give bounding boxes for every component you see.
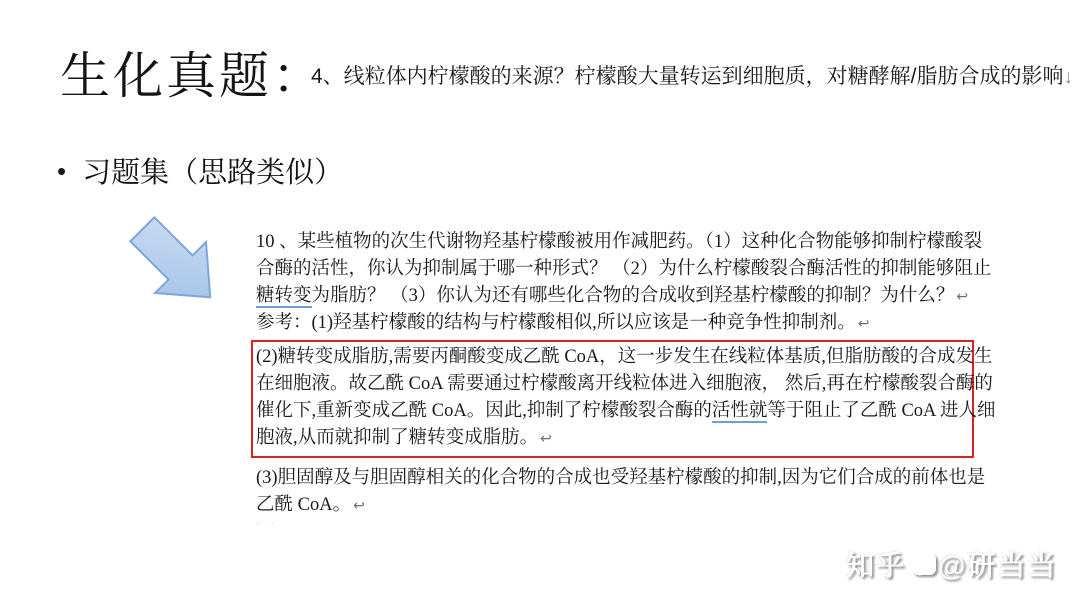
answer2-line-4-text: 胞液,从而就抑制了糖转变成脂肪。 <box>256 428 538 448</box>
answer3-line-1: (3)胆固醇及与胆固醇相关的化合物的合成也受羟基柠檬酸的抑制,因为它们合成的前体… <box>256 465 978 492</box>
answer2-line-2: 在细胞液。故乙酰 CoA 需要通过柠檬酸离开线粒体进入细胞液， 然后,再在柠檬酸… <box>256 371 972 398</box>
grammar-underlined-text: 糖转变 <box>256 286 312 308</box>
paragraph-return-mark: ↩ <box>858 317 870 332</box>
zhihu-logo-icon <box>912 553 936 575</box>
answer3-line-2: 乙酰 CoA。↩ <box>256 492 978 519</box>
red-highlight-box: (2)糖转变成脂肪,需要丙酮酸变成乙酰 CoA，这一步发生在线粒体基质,但脂肪酸… <box>251 340 974 458</box>
watermark-brand: 知乎 <box>846 544 906 584</box>
down-right-arrow-icon <box>116 203 238 325</box>
paragraph-return-mark: ↩ <box>956 290 968 305</box>
question-line-2: 合酶的活性，你认为抑制属于哪一种形式？ （2）为什么柠檬酸裂合酶活性的抑制能够阻… <box>256 256 978 283</box>
answer2-line-3: 催化下,重新变成乙酰 CoA。因此,抑制了柠檬酸裂合酶的活性就等于阻止了乙酰 C… <box>256 398 972 425</box>
slide-title: 生化真题： <box>60 36 325 108</box>
bullet-item: •习题集（思路类似） <box>57 150 343 191</box>
paragraph-return-mark: ↩ <box>353 499 365 514</box>
question-line-1: 10 、某些植物的次生代谢物羟基柠檬酸被用作减肥药。（1）这种化合物能够抑制柠檬… <box>256 229 978 256</box>
down-right-arrow-svg <box>116 203 238 325</box>
cutoff-text-fragment: · · <box>256 519 978 530</box>
answer2-line-1: (2)糖转变成脂肪,需要丙酮酸变成乙酰 CoA，这一步发生在线粒体基质,但脂肪酸… <box>256 344 972 371</box>
down-arrow-icon: ↓ <box>1064 67 1074 88</box>
answer2-line-4: 胞液,从而就抑制了糖转变成脂肪。↩ <box>256 425 972 452</box>
question-heading-text: 4、线粒体内柠檬酸的来源？柠檬酸大量转运到细胞质，对糖酵解/脂肪合成的影响 <box>311 65 1064 88</box>
reference-line: 参考：(1)羟基柠檬酸的结构与柠檬酸相似,所以应该是一种竞争性抑制剂。↩ <box>256 310 978 337</box>
question-heading: 4、线粒体内柠檬酸的来源？柠檬酸大量转运到细胞质，对糖酵解/脂肪合成的影响↓ <box>311 60 1071 90</box>
reference-text: 参考：(1)羟基柠檬酸的结构与柠檬酸相似,所以应该是一种竞争性抑制剂。 <box>256 313 856 333</box>
question-line-3: 糖转变为脂肪？ （3）你认为还有哪些化合物的合成收到羟基柠檬酸的抑制？为什么？↩ <box>256 283 978 310</box>
exercise-text-block: 10 、某些植物的次生代谢物羟基柠檬酸被用作减肥药。（1）这种化合物能够抑制柠檬… <box>256 229 978 530</box>
bullet-icon: • <box>57 156 66 187</box>
bullet-label: 习题集（思路类似） <box>82 157 343 189</box>
answer2-line-3-post: 等于阻止了乙酰 CoA 进人细 <box>767 401 995 421</box>
paragraph-return-mark: ↩ <box>540 432 552 447</box>
slide: 生化真题： 4、线粒体内柠檬酸的来源？柠檬酸大量转运到细胞质，对糖酵解/脂肪合成… <box>0 0 1080 608</box>
grammar-underlined-text: 活性就 <box>712 401 768 423</box>
watermark-handle: @研当当 <box>938 544 1057 584</box>
watermark: 知乎 @研当当 <box>846 544 1057 584</box>
question-line-3-rest: 为脂肪？ （3）你认为还有哪些化合物的合成收到羟基柠檬酸的抑制？为什么？ <box>312 286 955 306</box>
answer2-line-3-pre: 催化下,重新变成乙酰 CoA。因此,抑制了柠檬酸裂合酶的 <box>256 401 712 421</box>
answer3-line-2-text: 乙酰 CoA。 <box>256 495 351 515</box>
